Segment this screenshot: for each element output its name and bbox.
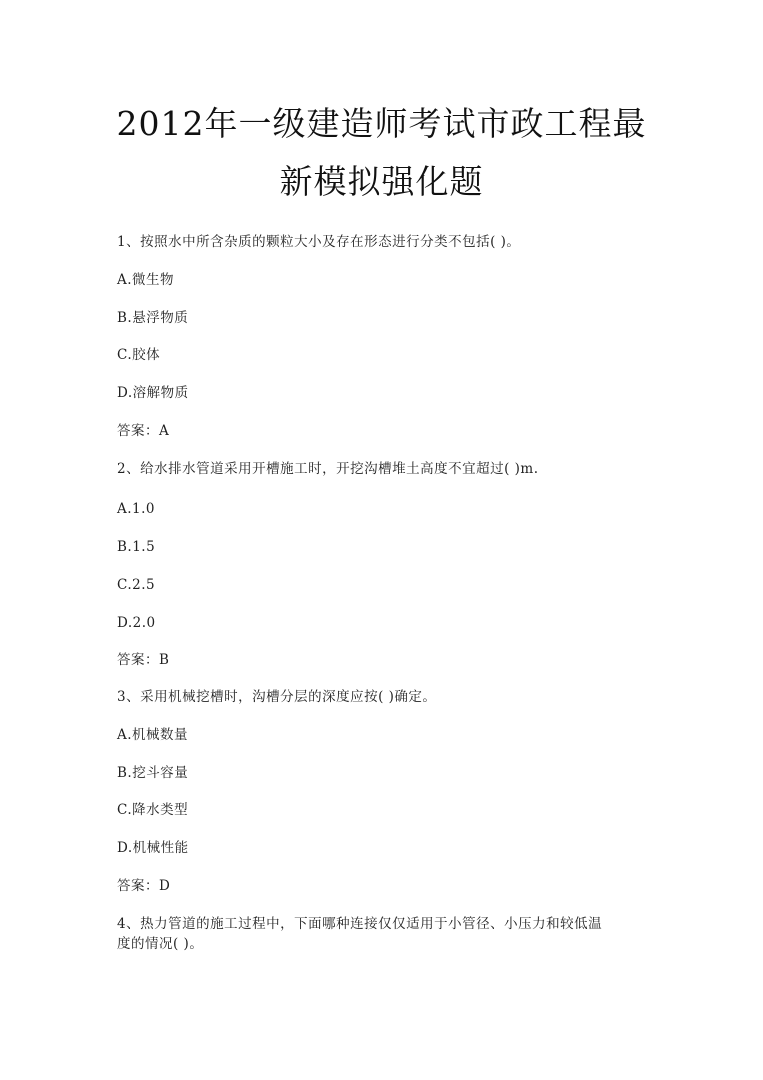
option-a: A.机械数量 — [117, 726, 188, 744]
option-d: D.机械性能 — [117, 839, 189, 857]
option-a: A.1.0 — [117, 500, 155, 518]
question-stem: 2、给水排水管道采用开槽施工时，开挖沟槽堆土高度不宜超过( )m. — [117, 460, 539, 478]
question-stem: 1、按照水中所含杂质的颗粒大小及存在形态进行分类不包括( )。 — [117, 233, 520, 251]
option-c: C.2.5 — [117, 576, 155, 594]
option-d: D.溶解物质 — [117, 384, 189, 402]
question-stem-line-2: 度的情况( )。 — [117, 935, 203, 953]
question-stem: 3、采用机械挖槽时，沟槽分层的深度应按( )确定。 — [117, 688, 436, 706]
option-d: D.2.0 — [117, 614, 156, 632]
option-b: B.1.5 — [117, 538, 155, 556]
option-c: C.降水类型 — [117, 801, 188, 819]
answer: 答案：D — [117, 877, 170, 895]
question-stem-line-1: 4、热力管道的施工过程中，下面哪种连接仅仅适用于小管径、小压力和较低温 — [117, 915, 602, 933]
document-title-line-2: 新模拟强化题 — [0, 162, 763, 202]
option-b: B.悬浮物质 — [117, 309, 188, 327]
answer: 答案：A — [117, 422, 169, 440]
answer: 答案：B — [117, 651, 169, 669]
document-title-line-1: 2012年一级建造师考试市政工程最 — [0, 104, 763, 144]
option-b: B.挖斗容量 — [117, 764, 188, 782]
option-c: C.胶体 — [117, 346, 160, 364]
option-a: A.微生物 — [117, 271, 174, 289]
